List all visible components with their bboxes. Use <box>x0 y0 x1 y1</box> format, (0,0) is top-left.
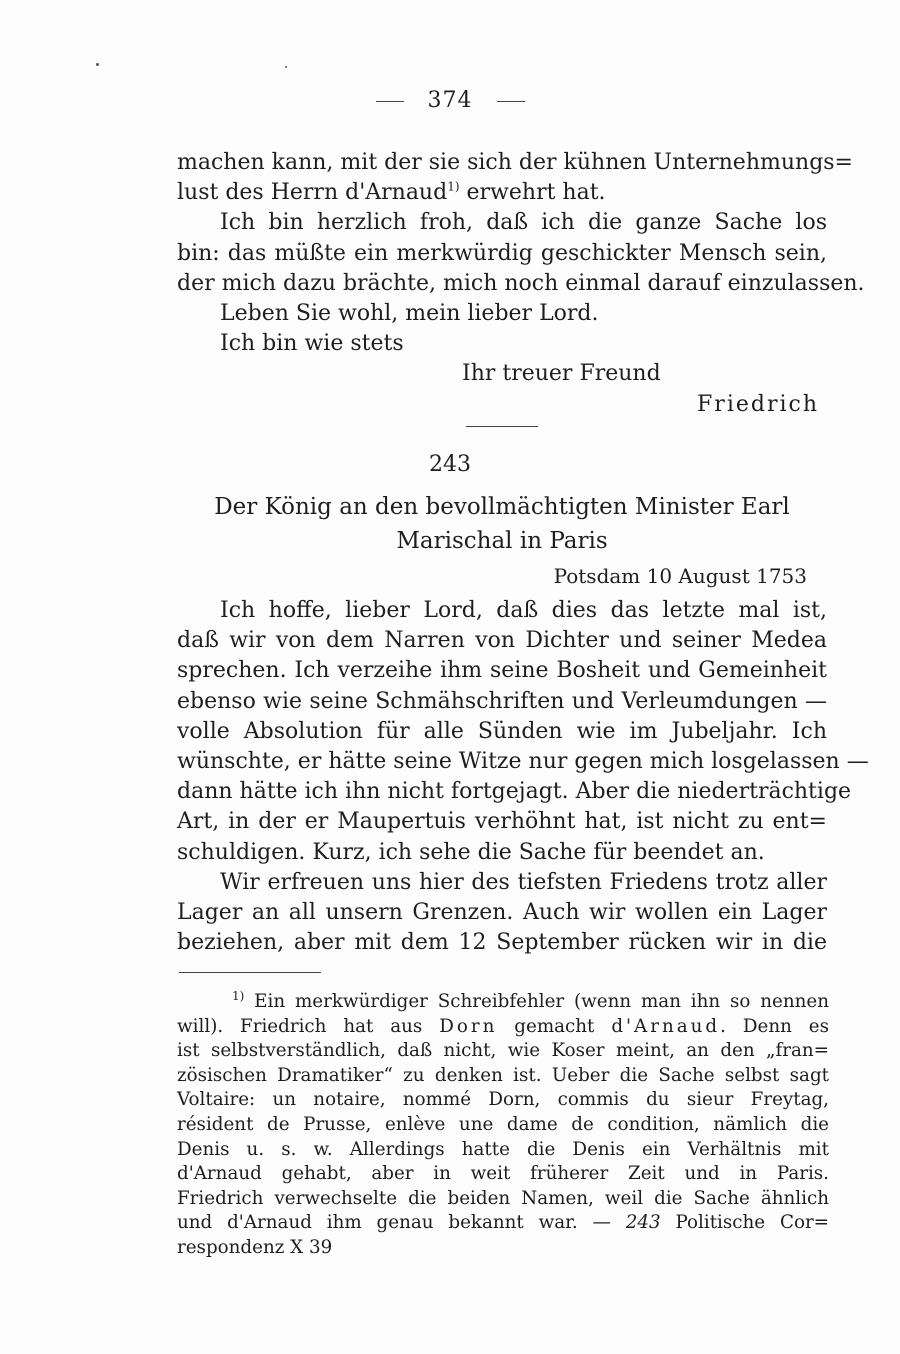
text-fragment: gemacht <box>497 1016 611 1037</box>
emphasized-name: Dorn <box>439 1016 497 1037</box>
footnote: 1) Ein merkwürdiger Schreibfehler (wenn … <box>177 990 829 1261</box>
text-fragment: Ein merkwürdiger Schreibfehler (wenn man… <box>244 991 829 1012</box>
text-fragment: will). Friedrich hat aus <box>177 1016 439 1037</box>
footnote-line: 1) Ein merkwürdiger Schreibfehler (wenn … <box>177 990 829 1015</box>
text-line: Art, in der er Maupertuis verhöhnt hat, … <box>177 807 827 837</box>
scan-speck <box>285 66 287 68</box>
text-line: schuldigen. Kurz, ich sehe die Sache für… <box>177 838 827 868</box>
header-dash-left <box>376 101 404 102</box>
footnote-line: Voltaire: un notaire, nommé Dorn, commis… <box>177 1088 829 1113</box>
footnote-marker: 1) <box>232 989 244 1003</box>
letter-title-line: Marischal in Paris <box>177 524 827 558</box>
footnote-line: und d'Arnaud ihm genau bekannt war. — 24… <box>177 1211 829 1236</box>
footnote-divider <box>179 972 321 973</box>
footnote-line: Denis u. s. w. Allerdings hatte die Deni… <box>177 1138 829 1163</box>
footnote-line: résident de Prusse, enlève une dame de c… <box>177 1113 829 1138</box>
letter-title: Der König an den bevollmächtigten Minist… <box>177 490 827 558</box>
section-divider <box>466 426 538 427</box>
text-line: Ich hoffe, lieber Lord, daß dies das let… <box>177 596 827 626</box>
text-line: lust des Herrn d'Arnaud1) erwehrt hat. <box>177 178 827 208</box>
text-fragment: erwehrt hat. <box>460 180 606 205</box>
footnote-line: will). Friedrich hat aus Dorn gemacht d'… <box>177 1015 829 1040</box>
text-line: dann hätte ich ihn nicht fortgejagt. Abe… <box>177 777 827 807</box>
text-fragment: lust des Herrn d'Arnaud <box>177 180 447 205</box>
text-line: machen kann, mit der sie sich der kühnen… <box>177 148 827 178</box>
footnote-line: Friedrich verwechselte die beiden Namen,… <box>177 1187 829 1212</box>
signature: Friedrich <box>177 390 827 420</box>
footnote-line: ist selbstverständlich, daß nicht, wie K… <box>177 1039 829 1064</box>
footnote-line: respondenz X 39 <box>177 1236 829 1261</box>
text-line: der mich dazu brächte, mich noch einmal … <box>177 269 827 299</box>
page-number: 374 <box>428 88 473 113</box>
signature-salutation: Ihr treuer Freund <box>177 359 827 389</box>
letter-date: Potsdam 10 August 1753 <box>177 564 807 588</box>
text-line: sprechen. Ich verzeihe ihm seine Bosheit… <box>177 656 827 686</box>
footnote-line: d'Arnaud gehabt, aber in weit früherer Z… <box>177 1162 829 1187</box>
emphasized-name: d'Arnaud <box>611 1016 720 1037</box>
text-line: bin: das müßte ein merkwürdig geschickte… <box>177 239 827 269</box>
letter-number: 243 <box>0 452 900 477</box>
text-line: Wir erfreuen uns hier des tiefsten Fried… <box>177 868 827 898</box>
text-line: wünschte, er hätte seine Witze nur gegen… <box>177 747 827 777</box>
text-fragment: . Denn es <box>720 1016 829 1037</box>
footnote-reference[interactable]: 1) <box>447 180 459 194</box>
text-line: daß wir von dem Narren von Dichter und s… <box>177 626 827 656</box>
farewell-line: Leben Sie wohl, mein lieber Lord. <box>177 299 827 329</box>
closing-line: Ich bin wie stets <box>177 329 827 359</box>
text-fragment: Politische Cor= <box>661 1212 829 1233</box>
header-dash-right <box>497 101 525 102</box>
letter-title-line: Der König an den bevollmächtigten Minist… <box>177 490 827 524</box>
text-line: ebenso wie seine Schmähschriften und Ver… <box>177 687 827 717</box>
text-line: beziehen, aber mit dem 12 September rück… <box>177 928 827 958</box>
text-fragment: und d'Arnaud ihm genau bekannt war. — <box>177 1212 626 1233</box>
source-letter-number: 243 <box>626 1212 661 1233</box>
text-line: volle Absolution für alle Sünden wie im … <box>177 717 827 747</box>
previous-letter-ending: machen kann, mit der sie sich der kühnen… <box>177 148 827 420</box>
text-line: Lager an all unsern Grenzen. Auch wir wo… <box>177 898 827 928</box>
footnote-line: zösischen Dramatiker“ zu denken ist. Ueb… <box>177 1064 829 1089</box>
scan-speck <box>96 63 99 66</box>
page-header: 374 <box>0 88 900 113</box>
letter-body: Ich hoffe, lieber Lord, daß dies das let… <box>177 596 827 958</box>
text-line: Ich bin herzlich froh, daß ich die ganze… <box>177 208 827 238</box>
